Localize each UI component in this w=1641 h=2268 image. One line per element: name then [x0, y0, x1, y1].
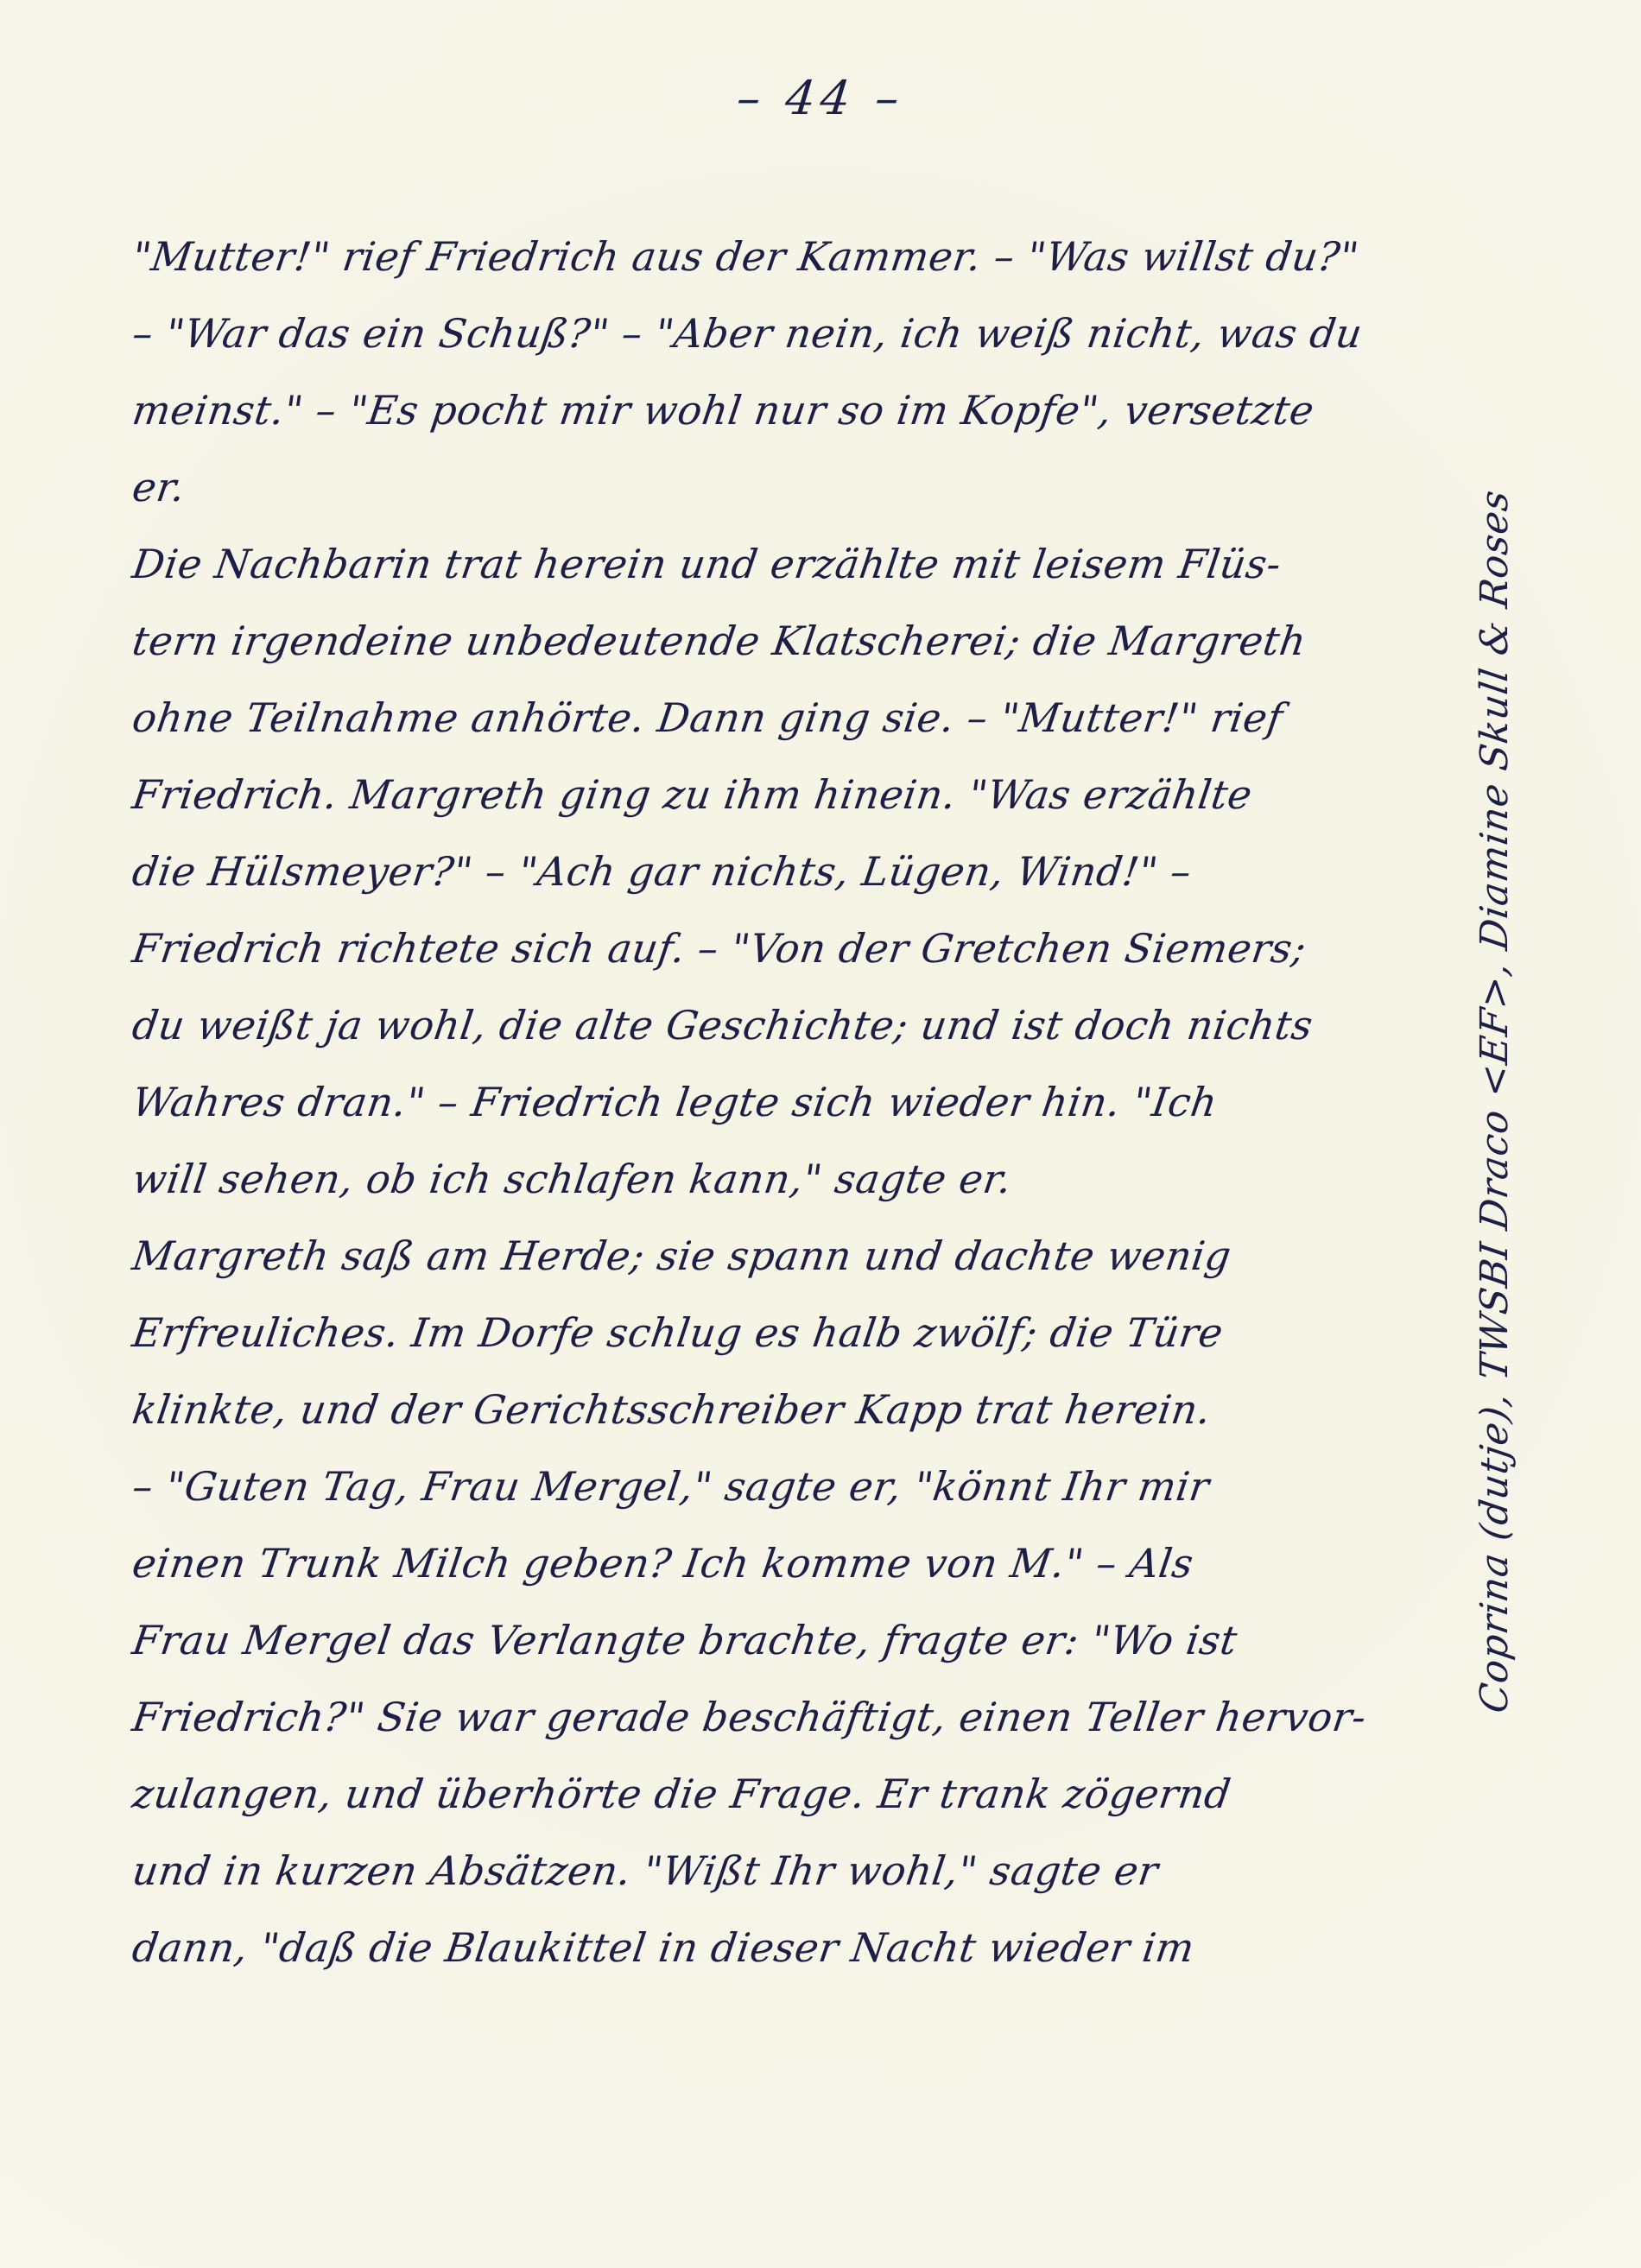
handwriting-line-text: die Hülsmeyer?" – "Ach gar nichts, Lügen… [130, 848, 1194, 895]
handwriting-line-text: – "War das ein Schuß?" – "Aber nein, ich… [130, 310, 1365, 357]
handwriting-line-text: Frau Mergel das Verlangte brachte, fragt… [130, 1617, 1240, 1663]
handwriting-line-text: du weißt ja wohl, die alte Geschichte; u… [130, 1002, 1315, 1048]
handwriting-line: ohne Teilnahme anhörte. Dann ging sie. –… [130, 679, 1373, 756]
handwriting-line-text: will sehen, ob ich schlafen kann," sagte… [130, 1156, 1015, 1202]
handwriting-line-text: und in kurzen Absätzen. "Wißt Ihr wohl,"… [130, 1847, 1161, 1894]
handwriting-text-block: "Mutter!" rief Friedrich aus der Kammer.… [130, 218, 1373, 1986]
handwriting-line: zulangen, und überhörte die Frage. Er tr… [130, 1755, 1373, 1832]
handwriting-line-text: tern irgendeine unbedeutende Klatscherei… [130, 618, 1309, 664]
handwriting-line-text: Friedrich richtete sich auf. – "Von der … [130, 925, 1309, 972]
handwriting-line: will sehen, ob ich schlafen kann," sagte… [130, 1140, 1373, 1217]
handwriting-line-text: Wahres dran." – Friedrich legte sich wie… [130, 1079, 1220, 1125]
handwriting-line: tern irgendeine unbedeutende Klatscherei… [130, 602, 1373, 679]
handwriting-line: und in kurzen Absätzen. "Wißt Ihr wohl,"… [130, 1832, 1373, 1909]
handwriting-line-text: ohne Teilnahme anhörte. Dann ging sie. –… [130, 694, 1286, 741]
handwriting-line-text: meinst." – "Es pocht mir wohl nur so im … [130, 387, 1317, 434]
handwriting-line: dann, "daß die Blaukittel in dieser Nach… [130, 1909, 1373, 1986]
pen-ink-annotation: Coprina (dutje), TWSBI Draco <EF>, Diami… [1395, 371, 1593, 1831]
handwriting-line-text: "Mutter!" rief Friedrich aus der Kammer.… [130, 233, 1362, 280]
handwriting-line-text: Die Nachbarin trat herein und erzählte m… [130, 541, 1284, 587]
handwriting-line-text: Friedrich. Margreth ging zu ihm hinein. … [130, 771, 1255, 818]
handwriting-line: einen Trunk Milch geben? Ich komme von M… [130, 1524, 1373, 1601]
handwriting-line-text: zulangen, und überhörte die Frage. Er tr… [130, 1771, 1234, 1817]
handwriting-line: Erfreuliches. Im Dorfe schlug es halb zw… [130, 1294, 1373, 1371]
manuscript-page: – 44 – "Mutter!" rief Friedrich aus der … [0, 0, 1641, 2268]
handwriting-line: die Hülsmeyer?" – "Ach gar nichts, Lügen… [130, 833, 1373, 909]
handwriting-line: Frau Mergel das Verlangte brachte, fragt… [130, 1601, 1373, 1678]
handwriting-line: meinst." – "Es pocht mir wohl nur so im … [130, 371, 1373, 448]
handwriting-line: Die Nachbarin trat herein und erzählte m… [130, 525, 1373, 602]
handwriting-line-text: einen Trunk Milch geben? Ich komme von M… [130, 1540, 1196, 1587]
margin-annotation: Coprina (dutje), TWSBI Draco <EF>, Diami… [1395, 371, 1593, 1831]
handwriting-line-text: Margreth saß am Herde; sie spann und dac… [130, 1232, 1234, 1279]
handwriting-line: Friedrich richtete sich auf. – "Von der … [130, 909, 1373, 986]
handwriting-line: "Mutter!" rief Friedrich aus der Kammer.… [130, 218, 1373, 295]
handwriting-line-text: – "Guten Tag, Frau Mergel," sagte er, "k… [130, 1463, 1213, 1510]
handwriting-line: du weißt ja wohl, die alte Geschichte; u… [130, 986, 1373, 1063]
handwriting-line-text: Friedrich?" Sie war gerade beschäftigt, … [130, 1694, 1369, 1740]
handwriting-line: Margreth saß am Herde; sie spann und dac… [130, 1217, 1373, 1294]
handwriting-line-text: er. [130, 464, 188, 510]
handwriting-line-text: Erfreuliches. Im Dorfe schlug es halb zw… [130, 1309, 1226, 1356]
handwriting-line: Friedrich?" Sie war gerade beschäftigt, … [130, 1678, 1373, 1755]
pen-ink-annotation-text: Coprina (dutje), TWSBI Draco <EF>, Diami… [1473, 487, 1517, 1716]
page-number: – 44 – [0, 71, 1641, 125]
handwriting-line: er. [130, 448, 1373, 525]
handwriting-line: Friedrich. Margreth ging zu ihm hinein. … [130, 756, 1373, 833]
handwriting-line: – "Guten Tag, Frau Mergel," sagte er, "k… [130, 1448, 1373, 1524]
handwriting-line-text: dann, "daß die Blaukittel in dieser Nach… [130, 1924, 1197, 1971]
handwriting-line-text: klinkte, und der Gerichtsschreiber Kapp … [130, 1386, 1214, 1433]
handwriting-line: klinkte, und der Gerichtsschreiber Kapp … [130, 1371, 1373, 1448]
handwriting-line: – "War das ein Schuß?" – "Aber nein, ich… [130, 295, 1373, 371]
handwriting-line: Wahres dran." – Friedrich legte sich wie… [130, 1063, 1373, 1140]
